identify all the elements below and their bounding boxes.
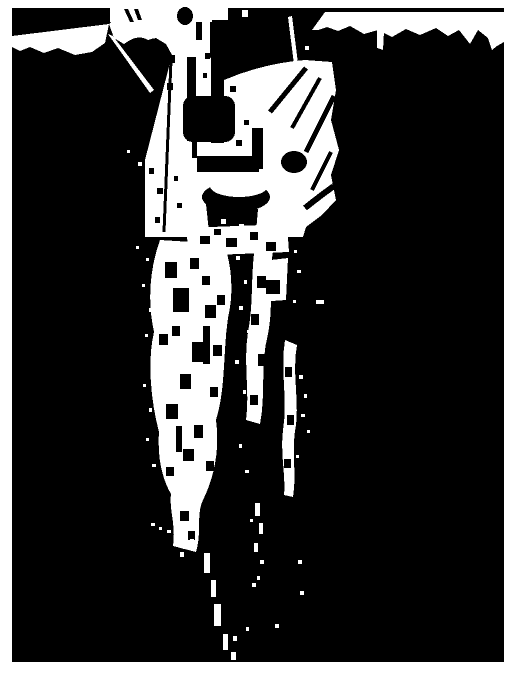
mount-box-shadow <box>183 96 235 142</box>
binary-photo-canvas <box>0 0 516 680</box>
binary-photo <box>0 0 516 680</box>
pole-top-highlight <box>212 8 228 20</box>
sky-speck <box>242 10 248 17</box>
sky-speck-small <box>305 46 309 50</box>
pole-top-knot <box>177 7 193 25</box>
cross-band-shadow <box>197 156 259 172</box>
right-knot <box>281 151 307 173</box>
